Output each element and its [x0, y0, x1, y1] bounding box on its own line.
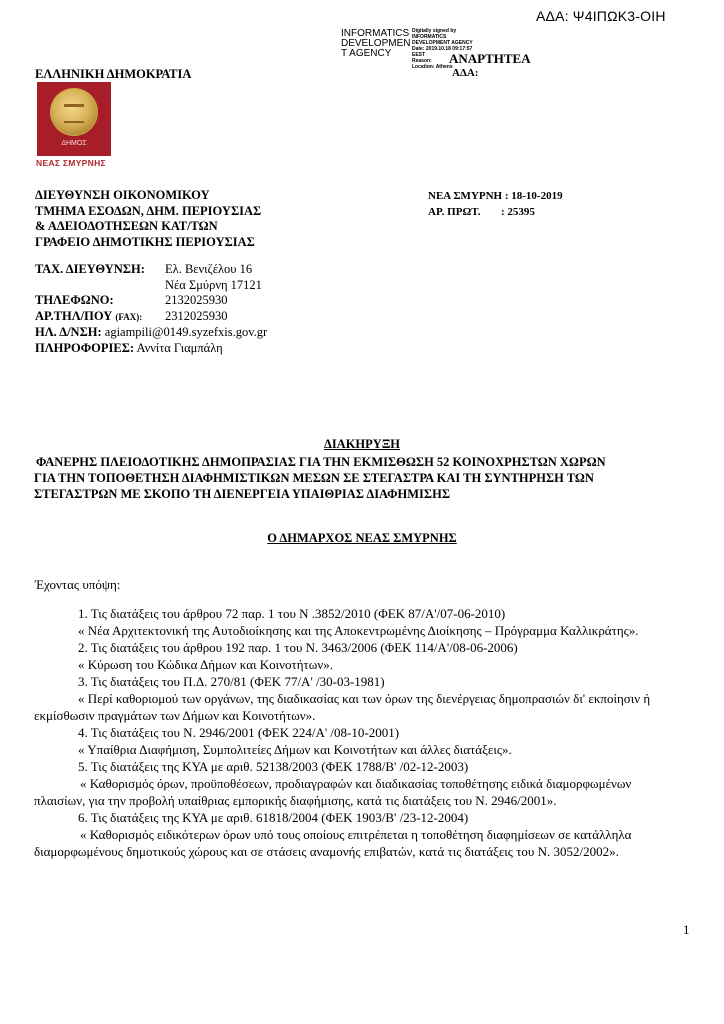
fax-label: ΑΡ.ΤΗΛ/ΠΟΥ: [35, 309, 112, 323]
ada-code-top: ΑΔΑ: Ψ4ΙΠΩΚ3-ΟΙΗ: [536, 8, 666, 24]
reference-description: « Κύρωση του Κώδικα Δήμων και Κοινοτήτων…: [34, 656, 684, 673]
document-date: : 18-10-2019: [505, 190, 563, 202]
reference-item: 4. Τις διατάξεις του Ν. 2946/2001 (ΦΕΚ 2…: [34, 724, 684, 741]
address-row: ΤΑΧ. ΔΙΕΥΘΥΝΣΗ:Ελ. Βενιζέλου 16: [35, 262, 267, 278]
info-value: Αννίτα Γιαμπάλη: [136, 341, 222, 355]
logo-inner-text: ΔΗΜΟΣ: [37, 140, 111, 147]
declaration-title: ΔΙΑΚΗΡΥΞΗ: [0, 437, 724, 452]
declaration-line: ΦΑΝΕΡΗΣ ΠΛΕΙΟΔΟΤΙΚΗΣ ΔΗΜΟΠΡΑΣΙΑΣ ΓΙΑ ΤΗΝ…: [34, 454, 674, 470]
phone-value: 2132025930: [165, 293, 228, 307]
fax-row: ΑΡ.ΤΗΛ/ΠΟΥ (FAX):2312025930: [35, 309, 267, 326]
department-block: ΔΙΕΥΘΥΝΣΗ ΟΙΚΟΝΟΜΙΚΟΥ ΤΜΗΜΑ ΕΣΟΔΩΝ, ΔΗΜ.…: [35, 188, 261, 250]
reference-item: 3. Τις διατάξεις του Π.Δ. 270/81 (ΦΕΚ 77…: [34, 673, 684, 690]
department-line: ΔΙΕΥΘΥΝΣΗ ΟΙΚΟΝΟΜΙΚΟΥ: [35, 188, 261, 204]
address-label: ΤΑΧ. ΔΙΕΥΘΥΝΣΗ:: [35, 262, 165, 278]
reference-item: 1. Τις διατάξεις του άρθρου 72 παρ. 1 το…: [34, 605, 684, 622]
reference-description: « Περί καθοριομού των οργάνων, της διαδι…: [34, 690, 684, 724]
posting-label: ΑΝΑΡΤΗΤΕΑ: [449, 51, 531, 67]
coin-emblem-icon: [50, 88, 98, 136]
reference-item: 2. Τις διατάξεις του άρθρου 192 παρ. 1 τ…: [34, 639, 684, 656]
considering-label: Έχοντας υπόψη:: [35, 577, 120, 593]
email-row: ΗΛ. Δ/ΝΣΗ: agiampili@0149.syzefxis.gov.g…: [35, 325, 267, 341]
contact-block: ΤΑΧ. ΔΙΕΥΘΥΝΣΗ:Ελ. Βενιζέλου 16 Νέα Σμύρ…: [35, 262, 267, 357]
page-number: 1: [683, 922, 690, 938]
phone-row: ΤΗΛΕΦΩΝΟ:2132025930: [35, 293, 267, 309]
fax-value: 2312025930: [165, 309, 228, 323]
email-label: ΗΛ. Δ/ΝΣΗ:: [35, 325, 102, 339]
department-line: ΤΜΗΜΑ ΕΣΟΔΩΝ, ΔΗΜ. ΠΕΡΙΟΥΣΙΑΣ: [35, 204, 261, 220]
address-line-1: Ελ. Βενιζέλου 16: [165, 262, 252, 276]
reference-description: « Υπαίθρια Διαφήμιση, Συμπολιτείες Δήμων…: [34, 741, 684, 758]
mayor-heading: Ο ΔΗΜΑΡΧΟΣ ΝΕΑΣ ΣΜΥΡΝΗΣ: [0, 531, 724, 546]
logo-caption: ΝΕΑΣ ΣΜΥΡΝΗΣ: [36, 158, 106, 168]
digital-signature-organization: INFORMATICS DEVELOPMEN T AGENCY: [341, 29, 410, 59]
email-value[interactable]: agiampili@0149.syzefxis.gov.gr: [105, 325, 267, 339]
declaration-line: ΣΤΕΓΑΣΤΡΩΝ ΜΕ ΣΚΟΠΟ ΤΗ ΔΙΕΝΕΡΓΕΙΑ ΥΠΑΙΘΡ…: [34, 486, 674, 502]
signature-org-line: T AGENCY: [341, 49, 410, 59]
reference-description: « Καθορισμός ειδικότερων όρων υπό τους ο…: [34, 826, 684, 860]
municipality-logo: ΔΗΜΟΣ: [37, 82, 111, 156]
place-label: ΝΕΑ ΣΜΥΡΝΗ: [428, 190, 502, 202]
protocol-row: ΑΡ. ΠΡΩΤ.: 25395: [428, 205, 563, 221]
address-row-2: Νέα Σμύρνη 17121: [35, 278, 267, 294]
department-line: & ΑΔΕΙΟΔΟΤΗΣΕΩΝ ΚΑΤ/ΤΩΝ: [35, 219, 261, 235]
info-row: ΠΛΗΡΟΦΟΡΙΕΣ: Αννίτα Γιαμπάλη: [35, 341, 267, 357]
fax-label-small: (FAX):: [115, 312, 142, 322]
republic-heading: ΕΛΛΗΝΙΚΗ ΔΗΜΟΚΡΑΤΙΑ: [35, 67, 191, 82]
protocol-number: : 25395: [501, 206, 535, 218]
department-line: ΓΡΑΦΕΙΟ ΔΗΜΟΤΙΚΗΣ ΠΕΡΙΟΥΣΙΑΣ: [35, 235, 261, 251]
date-protocol-block: ΝΕΑ ΣΜΥΡΝΗ : 18-10-2019 ΑΡ. ΠΡΩΤ.: 25395: [428, 189, 563, 220]
legal-references: 1. Τις διατάξεις του άρθρου 72 παρ. 1 το…: [34, 605, 684, 860]
reference-item: 6. Τις διατάξεις της ΚΥΑ με αριθ. 61818/…: [34, 809, 684, 826]
reference-description: « Νέα Αρχιτεκτονική της Αυτοδιοίκησης κα…: [34, 622, 684, 639]
declaration-subject: ΦΑΝΕΡΗΣ ΠΛΕΙΟΔΟΤΙΚΗΣ ΔΗΜΟΠΡΑΣΙΑΣ ΓΙΑ ΤΗΝ…: [34, 454, 674, 502]
protocol-label: ΑΡ. ΠΡΩΤ.: [428, 205, 501, 221]
reference-description: « Καθορισμός όρων, προϋποθέσεων, προδιαγ…: [34, 775, 684, 809]
ada-label: ΑΔΑ:: [452, 67, 478, 79]
info-label: ΠΛΗΡΟΦΟΡΙΕΣ:: [35, 341, 134, 355]
date-row: ΝΕΑ ΣΜΥΡΝΗ : 18-10-2019: [428, 189, 563, 205]
declaration-line: ΓΙΑ ΤΗΝ ΤΟΠΟΘΕΤΗΣΗ ΔΙΑΦΗΜΙΣΤΙΚΩΝ ΜΕΣΩΝ Σ…: [34, 470, 674, 486]
reference-item: 5. Τις διατάξεις της ΚΥΑ με αριθ. 52138/…: [34, 758, 684, 775]
phone-label: ΤΗΛΕΦΩΝΟ:: [35, 293, 165, 309]
address-line-2: Νέα Σμύρνη 17121: [165, 278, 262, 292]
